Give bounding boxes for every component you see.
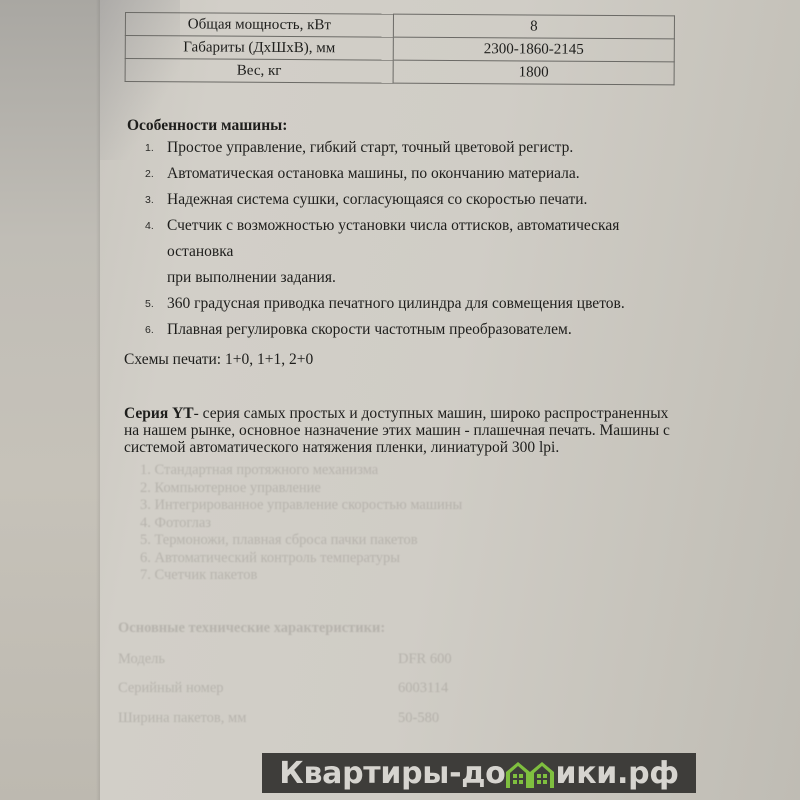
list-item: 2. Автоматическая остановка машины, по о…: [145, 161, 685, 187]
list-number: 4.: [145, 213, 154, 239]
list-text: Счетчик с возможностью установки числа о…: [167, 213, 685, 265]
list-item: 4. Счетчик с возможностью установки числ…: [145, 213, 685, 291]
bleed-through-row: Модель DFR 600: [118, 651, 478, 669]
bleed-item: 2. Компьютерное управление: [140, 480, 462, 498]
table-row: Общая мощность, кВт 8: [125, 13, 674, 39]
list-number: 2.: [145, 161, 154, 187]
bleed-label: Модель: [118, 651, 165, 667]
list-item: 6. Плавная регулировка скорости частотны…: [145, 317, 685, 343]
spec-value: 2300-1860-2145: [393, 37, 674, 62]
list-text: Плавная регулировка скорости частотным п…: [167, 321, 572, 338]
list-number: 6.: [145, 317, 154, 343]
spec-value: 1800: [393, 60, 674, 85]
bleed-label: Ширина пакетов, мм: [118, 710, 246, 726]
features-heading: Особенности машины:: [127, 117, 287, 135]
spec-table: Общая мощность, кВт 8 Габариты (ДхШхВ), …: [125, 12, 675, 85]
bleed-through-row: Ширина пакетов, мм 50-580: [118, 710, 478, 728]
features-list: 1. Простое управление, гибкий старт, точ…: [145, 135, 685, 343]
bleed-item: 4. Фотоглаз: [140, 515, 462, 533]
print-schemes: Схемы печати: 1+0, 1+1, 2+0: [124, 351, 313, 369]
bleed-item: 7. Счетчик пакетов: [140, 567, 462, 585]
spec-label: Общая мощность, кВт: [125, 13, 393, 38]
list-item: 3. Надежная система сушки, согласующаяся…: [145, 187, 685, 213]
list-item: 1. Простое управление, гибкий старт, точ…: [145, 135, 685, 161]
spec-label: Вес, кг: [125, 59, 393, 84]
series-paragraph: Серия YT- серия самых простых и доступны…: [124, 405, 684, 456]
list-text: Простое управление, гибкий старт, точный…: [167, 139, 573, 156]
watermark-text-after: ики.рф: [555, 756, 678, 791]
bleed-value: DFR 600: [398, 651, 452, 669]
underlying-sheet: [0, 0, 102, 800]
watermark-text-before: Квартиры-до: [279, 756, 505, 791]
table-row: Габариты (ДхШхВ), мм 2300-1860-2145: [125, 36, 674, 62]
house-icon: [506, 758, 554, 788]
bleed-item: 1. Стандартная протяжного механизма: [140, 462, 462, 480]
watermark-banner: Квартиры-до ики.рф: [262, 753, 696, 793]
series-title: Серия YT: [124, 405, 194, 422]
spec-label: Габариты (ДхШхВ), мм: [125, 36, 393, 61]
table-row: Вес, кг 1800: [125, 59, 674, 85]
bleed-value: 50-580: [398, 710, 439, 728]
list-number: 1.: [145, 135, 154, 161]
list-text: Автоматическая остановка машины, по окон…: [167, 165, 580, 182]
list-item: 5. 360 градусная приводка печатного цили…: [145, 291, 685, 317]
list-text: Надежная система сушки, согласующаяся со…: [167, 191, 587, 208]
list-number: 5.: [145, 291, 154, 317]
list-text-continuation: при выполнении задания.: [167, 265, 685, 291]
bleed-item: 5. Термоножи, плавная сброса пачки пакет…: [140, 532, 462, 550]
bleed-item: 3. Интегрированное управление скоростью …: [140, 497, 462, 515]
bleed-label: Серийный номер: [118, 680, 224, 696]
bleed-through-heading: Основные технические характеристики:: [118, 620, 385, 638]
bleed-through-row: Серийный номер 6003114: [118, 680, 478, 698]
bleed-value: 6003114: [398, 680, 448, 698]
bleed-item: 6. Автоматический контроль температуры: [140, 550, 462, 568]
series-text: - серия самых простых и доступных машин,…: [124, 405, 670, 456]
bleed-through-list: 1. Стандартная протяжного механизма 2. К…: [140, 462, 462, 585]
list-text: 360 градусная приводка печатного цилиндр…: [167, 295, 625, 312]
spec-value: 8: [393, 14, 674, 39]
list-number: 3.: [145, 187, 154, 213]
